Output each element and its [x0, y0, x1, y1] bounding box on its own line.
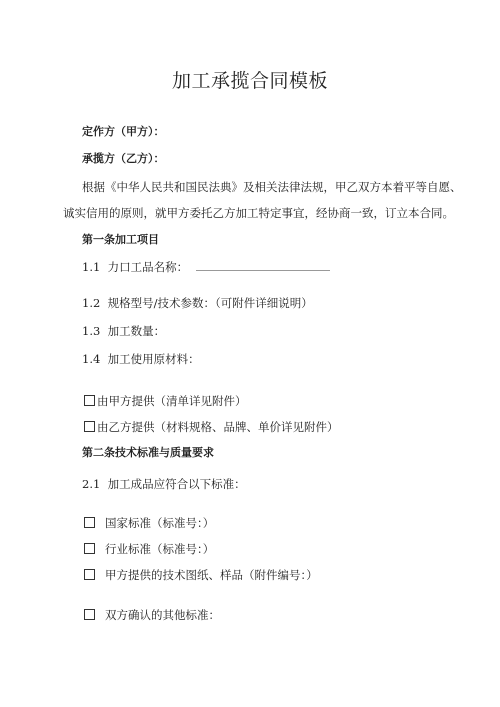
preamble-line-1: 根据《中华人民共和国民法典》及相关法律法规，甲乙双方本着平等自愿、 [82, 180, 462, 194]
checkbox-icon[interactable] [84, 421, 95, 432]
item-text: 加工使用原材料： [108, 352, 200, 366]
checkbox-icon[interactable] [84, 543, 95, 554]
item-1-4: 1.4 加工使用原材料： [82, 352, 200, 366]
standard-option-national[interactable]: 国家标准（标准号：） [84, 516, 214, 530]
item-number: 1.1 [82, 260, 104, 274]
article2-heading: 第二条技术标准与质量要求 [82, 446, 214, 460]
article1-heading: 第一条加工项目 [82, 233, 159, 247]
party-a-label: 定作方（甲方）： [82, 125, 165, 139]
standard-option-other[interactable]: 双方确认的其他标准： [84, 608, 220, 622]
document-title: 加工承揽合同模板 [0, 66, 500, 93]
item-number: 1.4 [82, 352, 104, 366]
checkbox-icon[interactable] [84, 395, 95, 406]
option-text: 双方确认的其他标准： [105, 608, 220, 622]
item-1-3: 1.3 加工数量： [82, 324, 165, 338]
item-number: 1.2 [82, 296, 104, 310]
checkbox-icon[interactable] [84, 517, 95, 528]
option-text: 由甲方提供（清单详见附件） [97, 394, 247, 408]
standard-option-industry[interactable]: 行业标准（标准号：） [84, 542, 214, 556]
item-1-1: 1.1 力口工品名称： [82, 260, 330, 274]
item-text: 加工成品应符合以下标准： [108, 477, 246, 491]
product-name-blank[interactable] [196, 260, 330, 271]
material-option-b[interactable]: 由乙方提供（材料规格、品牌、单价详见附件） [84, 420, 339, 434]
material-option-a[interactable]: 由甲方提供（清单详见附件） [84, 394, 247, 408]
checkbox-icon[interactable] [84, 609, 95, 620]
item-text: 力口工品名称： [108, 260, 189, 274]
item-2-1: 2.1 加工成品应符合以下标准： [82, 477, 246, 491]
item-text: 加工数量： [108, 324, 166, 338]
option-text: 行业标准（标准号：） [105, 542, 214, 556]
standard-option-drawings[interactable]: 甲方提供的技术图纸、样品（附件编号：） [84, 568, 318, 582]
checkbox-icon[interactable] [84, 569, 95, 580]
item-text: 规格型号/技术参数：（可附件详细说明） [108, 296, 313, 310]
preamble-line-2: 诚实信用的原则，就甲方委托乙方加工特定事宜，经协商一致，订立本合同。 [63, 206, 454, 220]
option-text: 由乙方提供（材料规格、品牌、单价详见附件） [97, 420, 339, 434]
option-text: 国家标准（标准号：） [105, 516, 214, 530]
item-number: 1.3 [82, 324, 104, 338]
item-1-2: 1.2 规格型号/技术参数：（可附件详细说明） [82, 296, 313, 310]
party-b-label: 承揽方（乙方）： [82, 152, 165, 166]
option-text: 甲方提供的技术图纸、样品（附件编号：） [105, 568, 318, 582]
item-number: 2.1 [82, 477, 104, 491]
